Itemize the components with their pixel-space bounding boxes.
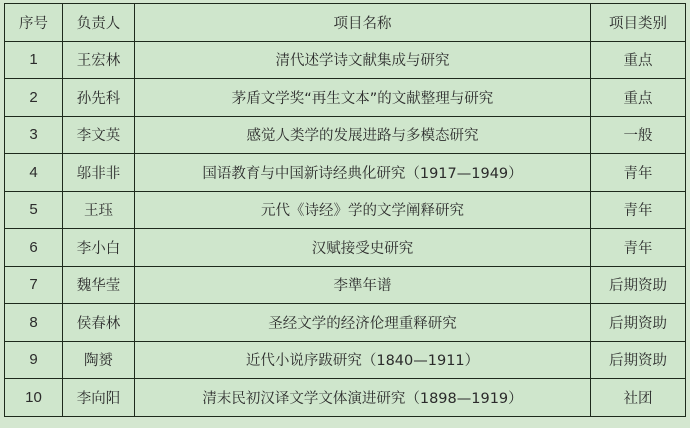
cell-leader: 王宏林 (63, 41, 135, 79)
cell-leader: 李向阳 (63, 379, 135, 417)
cell-no: 7 (5, 266, 63, 304)
cell-title: 感觉人类学的发展进路与多模态研究 (135, 116, 591, 154)
cell-category: 青年 (591, 154, 686, 192)
cell-title: 清代述学诗文献集成与研究 (135, 41, 591, 79)
cell-leader: 王珏 (63, 191, 135, 229)
cell-leader: 李小白 (63, 229, 135, 267)
cell-title: 国语教育与中国新诗经典化研究（1917—1949） (135, 154, 591, 192)
cell-category: 青年 (591, 191, 686, 229)
header-title: 项目名称 (135, 4, 591, 42)
cell-title: 清末民初汉译文学文体演进研究（1898—1919） (135, 379, 591, 417)
table-row: 8 侯春林 圣经文学的经济伦理重释研究 后期资助 (5, 304, 686, 342)
table-row: 5 王珏 元代《诗经》学的文学阐释研究 青年 (5, 191, 686, 229)
cell-category: 重点 (591, 79, 686, 117)
table-row: 10 李向阳 清末民初汉译文学文体演进研究（1898—1919） 社团 (5, 379, 686, 417)
cell-title: 茅盾文学奖“再生文本”的文献整理与研究 (135, 79, 591, 117)
cell-no: 9 (5, 341, 63, 379)
cell-category: 后期资助 (591, 341, 686, 379)
table-row: 4 邬非非 国语教育与中国新诗经典化研究（1917—1949） 青年 (5, 154, 686, 192)
table-row: 3 李文英 感觉人类学的发展进路与多模态研究 一般 (5, 116, 686, 154)
cell-category: 重点 (591, 41, 686, 79)
cell-leader: 陶赟 (63, 341, 135, 379)
cell-leader: 邬非非 (63, 154, 135, 192)
cell-category: 一般 (591, 116, 686, 154)
cell-no: 4 (5, 154, 63, 192)
cell-title: 元代《诗经》学的文学阐释研究 (135, 191, 591, 229)
cell-title: 圣经文学的经济伦理重释研究 (135, 304, 591, 342)
cell-category: 社团 (591, 379, 686, 417)
cell-no: 5 (5, 191, 63, 229)
table-row: 1 王宏林 清代述学诗文献集成与研究 重点 (5, 41, 686, 79)
cell-no: 1 (5, 41, 63, 79)
table-row: 2 孙先科 茅盾文学奖“再生文本”的文献整理与研究 重点 (5, 79, 686, 117)
cell-category: 后期资助 (591, 266, 686, 304)
cell-no: 6 (5, 229, 63, 267)
cell-leader: 李文英 (63, 116, 135, 154)
cell-title: 汉赋接受史研究 (135, 229, 591, 267)
table-row: 6 李小白 汉赋接受史研究 青年 (5, 229, 686, 267)
cell-leader: 孙先科 (63, 79, 135, 117)
header-row: 序号 负责人 项目名称 项目类别 (5, 4, 686, 42)
cell-no: 3 (5, 116, 63, 154)
header-leader: 负责人 (63, 4, 135, 42)
cell-no: 10 (5, 379, 63, 417)
table-row: 9 陶赟 近代小说序跋研究（1840—1911） 后期资助 (5, 341, 686, 379)
cell-category: 青年 (591, 229, 686, 267)
cell-leader: 魏华莹 (63, 266, 135, 304)
cell-title: 李準年谱 (135, 266, 591, 304)
table-row: 7 魏华莹 李準年谱 后期资助 (5, 266, 686, 304)
project-table: 序号 负责人 项目名称 项目类别 1 王宏林 清代述学诗文献集成与研究 重点 2… (4, 3, 686, 417)
cell-title: 近代小说序跋研究（1840—1911） (135, 341, 591, 379)
cell-no: 2 (5, 79, 63, 117)
header-no: 序号 (5, 4, 63, 42)
cell-no: 8 (5, 304, 63, 342)
cell-category: 后期资助 (591, 304, 686, 342)
header-category: 项目类别 (591, 4, 686, 42)
cell-leader: 侯春林 (63, 304, 135, 342)
